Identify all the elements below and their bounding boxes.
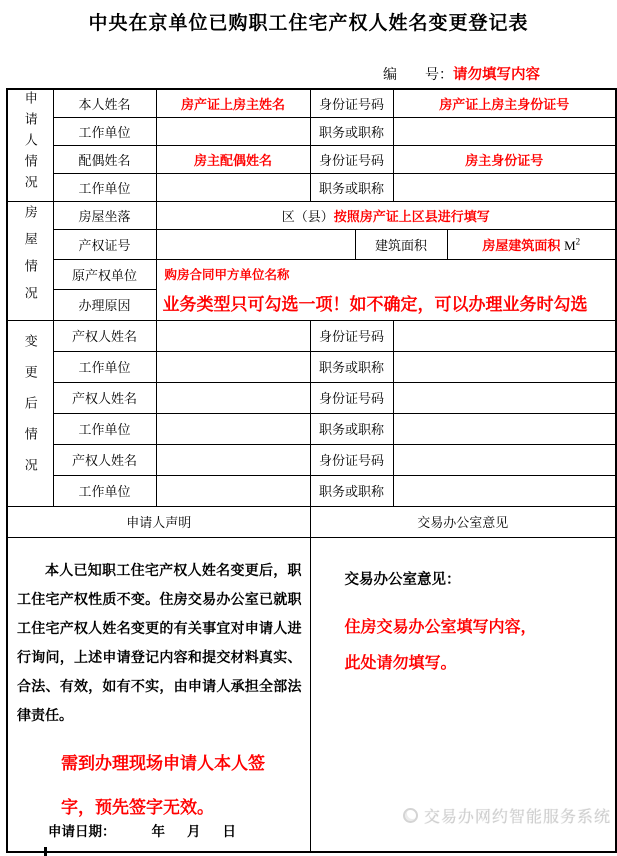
field-input-cell [156, 444, 310, 475]
field-input-cell [393, 382, 616, 413]
declaration-header: 申请人声明 [7, 506, 310, 537]
section-label-applicant: 申请人情况 [7, 89, 53, 201]
serial-label-part1: 编 [383, 66, 397, 82]
page-edge-artifact [44, 847, 47, 856]
field-label: 工作单位 [53, 351, 156, 382]
field-input-cell [156, 320, 310, 351]
field-label: 身份证号码 [310, 382, 393, 413]
office-fill-note: 住房交易办公室填写内容， [345, 614, 537, 637]
declaration-text: 本人已知职工住宅产权人姓名变更后，职工住宅产权性质不变。住房交易办公室已就职工住… [8, 538, 310, 730]
system-watermark-text: 交易办网约智能服务系统 [424, 804, 611, 827]
section-label-housing: 房屋情况 [7, 201, 53, 320]
field-label: 建筑面积 [355, 229, 447, 259]
office-opinion-cell: 交易办公室意见： 住房交易办公室填写内容， 此处请勿填写。 交易办网约智能服务系… [310, 537, 616, 852]
field-label: 身份证号码 [310, 89, 393, 117]
field-input-cell [393, 173, 616, 201]
office-opinion-title: 交易办公室意见： [345, 568, 461, 589]
field-label: 工作单位 [53, 173, 156, 201]
field-input-cell [156, 382, 310, 413]
house-location-cell: 区（县）按照房产证上区县进行填写 [156, 201, 616, 229]
field-hint: 房产证上房主身份证号 [393, 89, 616, 117]
field-input-cell [393, 320, 616, 351]
serial-label-part2: 号： [425, 66, 453, 82]
system-watermark: 交易办网约智能服务系统 [403, 804, 611, 827]
field-input-cell [393, 351, 616, 382]
field-input-cell [156, 229, 355, 259]
declaration-cell: 本人已知职工住宅产权人姓名变更后，职工住宅产权性质不变。住房交易办公室已就职工住… [7, 537, 310, 852]
field-input-cell [393, 117, 616, 145]
registration-table: 申请人情况 本人姓名 房产证上房主姓名 身份证号码 房产证上房主身份证号 工作单… [6, 88, 617, 853]
owner-reason-hint-cell: 购房合同甲方单位名称 业务类型只可勾选一项！如不确定，可以办理业务时勾选 [156, 259, 616, 320]
field-input-cell [156, 351, 310, 382]
field-input-cell [393, 475, 616, 506]
application-date-line: 申请日期：年月日 [48, 820, 236, 840]
field-label: 职务或职称 [310, 475, 393, 506]
field-label: 工作单位 [53, 117, 156, 145]
field-label: 产权人姓名 [53, 382, 156, 413]
field-label: 房屋坐落 [53, 201, 156, 229]
field-label: 职务或职称 [310, 117, 393, 145]
field-label: 本人姓名 [53, 89, 156, 117]
field-hint: 房主身份证号 [393, 145, 616, 173]
field-input-cell [393, 444, 616, 475]
date-month-label: 月 [187, 824, 201, 839]
field-input-cell [156, 173, 310, 201]
office-opinion-header: 交易办公室意见 [310, 506, 616, 537]
serial-number-line: 编号：请勿填写内容 [383, 63, 540, 84]
page-title: 中央在京单位已购职工住宅产权人姓名变更登记表 [0, 8, 617, 35]
area-hint: 房屋建筑面积 [482, 238, 560, 253]
system-logo-icon [403, 808, 418, 823]
area-unit: M2 [564, 238, 580, 253]
field-label: 工作单位 [53, 413, 156, 444]
building-area-cell: 房屋建筑面积 M2 [447, 229, 616, 259]
field-label: 原产权单位 [53, 259, 156, 290]
field-label: 配偶姓名 [53, 145, 156, 173]
field-label: 办理原因 [53, 290, 156, 321]
form-page: { "page": { "title": "中央在京单位已购职工住宅产权人姓名变… [0, 0, 617, 856]
field-label: 职务或职称 [310, 413, 393, 444]
original-owner-hint: 购房合同甲方单位名称 [157, 260, 616, 290]
section-label-after-change: 变更后情况 [7, 320, 53, 506]
reason-hint: 业务类型只可勾选一项！如不确定，可以办理业务时勾选 [157, 290, 616, 320]
field-label: 身份证号码 [310, 145, 393, 173]
field-label: 身份证号码 [310, 320, 393, 351]
date-year-label: 年 [152, 824, 166, 839]
field-input-cell [156, 413, 310, 444]
field-input-cell [393, 413, 616, 444]
do-not-fill-note: 此处请勿填写。 [345, 650, 457, 673]
field-label: 身份证号码 [310, 444, 393, 475]
field-label: 工作单位 [53, 475, 156, 506]
date-day-label: 日 [223, 824, 237, 839]
field-hint: 房主配偶姓名 [156, 145, 310, 173]
district-hint: 按照房产证上区县进行填写 [334, 209, 490, 224]
field-input-cell [156, 117, 310, 145]
field-label: 产权证号 [53, 229, 156, 259]
field-label: 产权人姓名 [53, 320, 156, 351]
field-label: 产权人姓名 [53, 444, 156, 475]
date-label: 申请日期： [48, 824, 116, 839]
field-hint: 房产证上房主姓名 [156, 89, 310, 117]
field-input-cell [156, 475, 310, 506]
field-label: 职务或职称 [310, 351, 393, 382]
signature-warning: 需到办理现场申请人本人签字，预先签字无效。 [61, 742, 282, 830]
district-prefix: 区（县） [282, 209, 334, 224]
field-label: 职务或职称 [310, 173, 393, 201]
serial-value: 请勿填写内容 [453, 67, 540, 83]
